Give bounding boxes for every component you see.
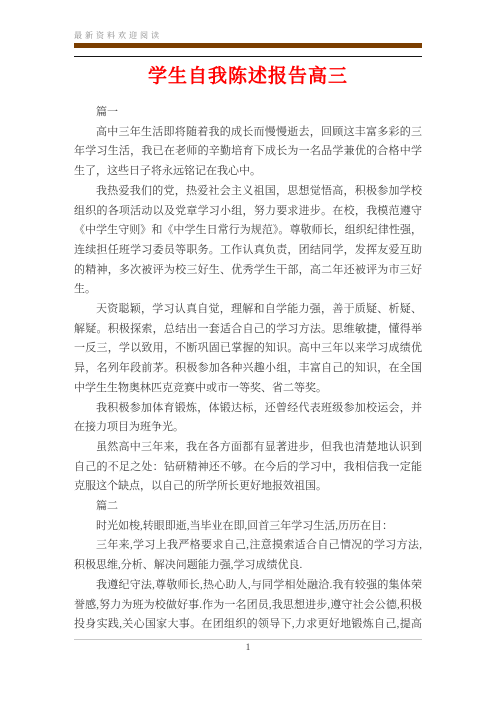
body-paragraph: 我遵纪守法,尊敬师长,热心助人,与同学相处融洽.我有较强的集体荣誉感,努力为班为… xyxy=(74,576,422,636)
section-heading-1: 篇一 xyxy=(74,103,422,123)
header-accent-bar xyxy=(74,43,422,48)
header-rule xyxy=(74,56,422,57)
body-paragraph: 高中三年生活即将随着我的成长而慢慢逝去，回顾这丰富多彩的三年学习生活，我已在老师… xyxy=(74,123,422,182)
header-notice: 最新资料欢迎阅读 xyxy=(74,30,162,41)
body-paragraph: 三年来,学习上我严格要求自己,注意摸索适合自己情况的学习方法,积极思维,分析、解… xyxy=(74,536,422,575)
body-paragraph: 时光如梭,转眼即逝,当毕业在即,回首三年学习生活,历历在目： xyxy=(74,517,422,537)
page-title: 学生自我陈述报告高三 xyxy=(0,61,496,88)
body-paragraph: 我热爱我们的党，热爱社会主义祖国，思想觉悟高，积极参加学校组织的各项活动以及党章… xyxy=(74,182,422,300)
footer-rule xyxy=(74,639,422,640)
document-body: 篇一 高中三年生活即将随着我的成长而慢慢逝去，回顾这丰富多彩的三年学习生活，我已… xyxy=(74,103,422,636)
body-paragraph: 天资聪颖，学习认真自觉，理解和自学能力强，善于质疑、析疑、解疑。积极探索，总结出… xyxy=(74,300,422,399)
section-heading-2: 篇二 xyxy=(74,497,422,517)
document-page: 最新资料欢迎阅读 学生自我陈述报告高三 篇一 高中三年生活即将随着我的成长而慢慢… xyxy=(0,0,496,702)
body-paragraph: 虽然高中三年来，我在各方面都有显著进步，但我也清楚地认识到自己的不足之处：钻研精… xyxy=(74,438,422,497)
page-number: 1 xyxy=(0,642,496,652)
body-paragraph: 我积极参加体育锻炼，体锻达标，还曾经代表班级参加校运会，并在接力项目为班争光。 xyxy=(74,399,422,438)
